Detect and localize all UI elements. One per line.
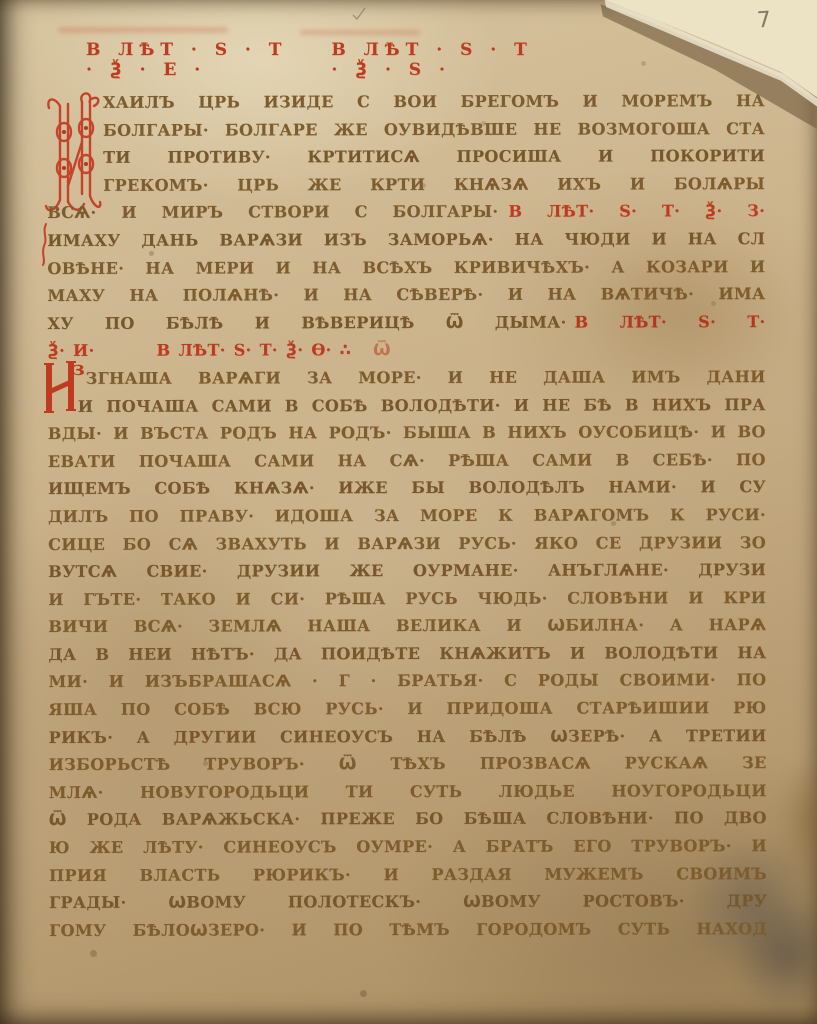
text-run-rubric: в лѣт· ѕ· т· [575,312,766,331]
pencil-folio-number: 7 [756,8,772,34]
text-line: всѧ· и миръ створи с болгары·в лѣт· ѕ· т… [47,197,765,226]
text-run-rubric: в лѣт· ѕ· т· ѯ· ѳ· ∴ [157,340,352,360]
text-line: вичи всѧ· землѧ наша велика и ѡбилна· а … [48,611,766,640]
text-line: ю же лѣту· синеоусъ оумре· а братъ его т… [49,832,767,861]
text-run-ink: всѧ· и миръ створи с болгары· [47,202,498,222]
text-run-ink: евати почаша сами на сѧ· рѣша сами в себ… [48,450,766,471]
text-run-ink: овѣне· на мери и на всѣхъ кривичѣхъ· а к… [47,257,765,278]
text-line: имаху дань варѧзи изъ заморьѧ· на чюди и… [47,225,765,254]
text-run-ink: да в неи нѣтъ· да поидѣте кнѧжитъ и воло… [48,643,766,664]
text-line: ѿ рода варѧжьска· преже бо бѣша словѣни·… [49,804,767,833]
manuscript-text: хаилъ црь изиде с вои брегомъ и моремъ н… [47,87,767,944]
text-run-ink: сице бо сѧ звахуть и варѧзи русь· яко се… [48,533,766,554]
parchment-specks [0,0,3,3]
text-line: маху на полѧнѣ· и на сѣверѣ· и на вѧтичѣ… [47,280,765,309]
text-run-ink: рикъ· а другии синеоусъ на бѣлѣ ѡзерѣ· а… [49,726,767,747]
text-line: евати почаша сами на сѧ· рѣша сами в себ… [48,446,766,475]
text-run-ink: и гъте· тако и си· рѣша русь чюдь· словѣ… [48,588,766,609]
text-line: ѯ· и·в лѣт· ѕ· т· ѯ· ѳ· ∴ѿ [48,335,766,364]
text-run-ink: яша по собѣ всю русь· и придоша старѣиши… [48,698,766,719]
text-line: ти противу· кртитисѧ просиша и покорити [47,142,765,171]
pencil-check-mark [350,6,368,22]
text-run-ink: ищемъ собѣ кнѧзѧ· иже бы володѣлъ нами· … [48,477,766,498]
text-line: млѧ· новугородьци ти суть людье ноугород… [49,777,767,806]
spacer [567,326,575,327]
text-run-ink: маху на полѧнѣ· и на сѣверѣ· и на вѧтичѣ… [47,284,765,305]
spacer [311,54,331,55]
rubric-offset-smudge [300,30,420,35]
text-run-ink: ми· и изъбрашасѧ · г · братья· с роды св… [48,671,766,692]
text-line: прия власть рюрикъ· и раздая мужемъ свои… [49,860,767,889]
text-line: болгары· болгаре же оувидѣвше не возмого… [47,115,765,144]
text-run-ink: прия власть рюрикъ· и раздая мужемъ свои… [49,864,767,885]
text-run-ink: млѧ· новугородьци ти суть людье ноугород… [49,781,767,802]
rubric-year-heading: в лѣт · ѕ · т · ѯ · е ·в лѣт · ѕ · т · ѯ… [86,40,556,80]
initial-letter-value: Из [0,0,1,1]
text-line: овѣне· на мери и на всѣхъ кривичѣхъ· а к… [47,253,765,282]
text-run-ink: гому бѣлоѡзеро· и по тѣмъ городомъ суть … [49,919,767,940]
text-line: и почаша сами в собѣ володѣти· и не бѣ в… [48,391,766,420]
text-run-ink: изборьстѣ труворъ· ѿ тѣхъ прозвасѧ руска… [49,753,767,774]
text-line: ищемъ собѣ кнѧзѧ· иже бы володѣлъ нами· … [48,473,766,502]
text-run-ink: и почаша сами в собѣ володѣти· и не бѣ в… [78,395,766,416]
text-line: и гъте· тако и си· рѣша русь чюдь· словѣ… [48,584,766,613]
text-line: гому бѣлоѡзеро· и по тѣмъ городомъ суть … [49,915,767,944]
text-line: вды· и въста родъ на родъ· быша в нихъ о… [48,418,766,447]
text-run-ink: грады· ѡвому полотескъ· ѡвому ростовъ· д… [49,891,767,912]
text-run-ink: ѿ рода варѧжьска· преже бо бѣша словѣни·… [49,808,767,829]
text-line: да в неи нѣтъ· да поидѣте кнѧжитъ и воло… [48,639,766,668]
text-line: згнаша варѧги за море· и не даша имъ дан… [48,363,766,392]
rubric-offset-smudge [58,27,228,33]
text-run-ink: вды· и въста родъ на родъ· быша в нихъ о… [48,422,766,443]
text-run-rubric: ѯ· и· [48,341,95,360]
text-run-ink: вичи всѧ· землѧ наша велика и ѡбилна· а … [48,615,766,636]
text-run-rubric: ѿ [373,340,391,359]
spacer [498,216,508,217]
text-run-ink: дилъ по праву· идоша за море к варѧгомъ … [48,505,766,526]
text-line: ми· и изъбрашасѧ · г · братья· с роды св… [48,667,766,696]
spacer [95,355,157,356]
text-line: вутсѧ свие· друзии же оурмане· анъглѧне·… [48,556,766,585]
text-line: рикъ· а другии синеоусъ на бѣлѣ ѡзерѣ· а… [49,722,767,751]
text-line: дилъ по праву· идоша за море к варѧгомъ … [48,501,766,530]
text-line: яша по собѣ всю русь· и придоша старѣиши… [48,694,766,723]
text-line: грекомъ· црь же крти кнѧзѧ ихъ и болѧры [47,170,765,199]
text-line: ху по бѣлѣ и вѣверицѣ ѿ дыма·в лѣт· ѕ· т… [47,308,765,337]
text-run-ink: ю же лѣту· синеоусъ оумре· а братъ его т… [49,836,767,857]
text-run-rubric: в лѣт· ѕ· т· ѯ· з· [508,201,765,221]
text-line: сице бо сѧ звахуть и варѧзи русь· яко се… [48,529,766,558]
text-line: грады· ѡвому полотескъ· ѡвому ростовъ· д… [49,887,767,916]
text-run-ink: згнаша варѧги за море· и не даша имъ дан… [86,367,766,388]
text-run-rubric: в лѣт · ѕ · т · ѯ · е · [86,40,311,80]
text-run-rubric: в лѣт · ѕ · т · ѯ · ѕ · [331,40,556,80]
spacer [351,354,373,355]
text-run-ink: грекомъ· црь же крти кнѧзѧ ихъ и болѧры [103,174,765,195]
text-run-ink: вутсѧ свие· друзии же оурмане· анъглѧне·… [48,560,766,581]
text-run-ink: имаху дань варѧзи изъ заморьѧ· на чюди и… [47,229,765,250]
parchment-stain [776,756,817,886]
text-line: изборьстѣ труворъ· ѿ тѣхъ прозвасѧ руска… [49,749,767,778]
text-run-ink: хаилъ црь изиде с вои брегомъ и моремъ н… [103,91,765,112]
initial-letter-value: М [0,0,1,1]
text-run-ink: ти противу· кртитисѧ просиша и покорити [103,146,765,167]
text-run-ink: болгары· болгаре же оувидѣвше не возмого… [103,119,765,140]
manuscript-folio-page: 7 в лѣт · ѕ · т · ѯ · е ·в лѣт · ѕ · т ·… [0,0,817,1024]
text-line: хаилъ црь изиде с вои брегомъ и моремъ н… [47,87,765,116]
text-run-ink: ху по бѣлѣ и вѣверицѣ ѿ дыма· [47,312,566,332]
